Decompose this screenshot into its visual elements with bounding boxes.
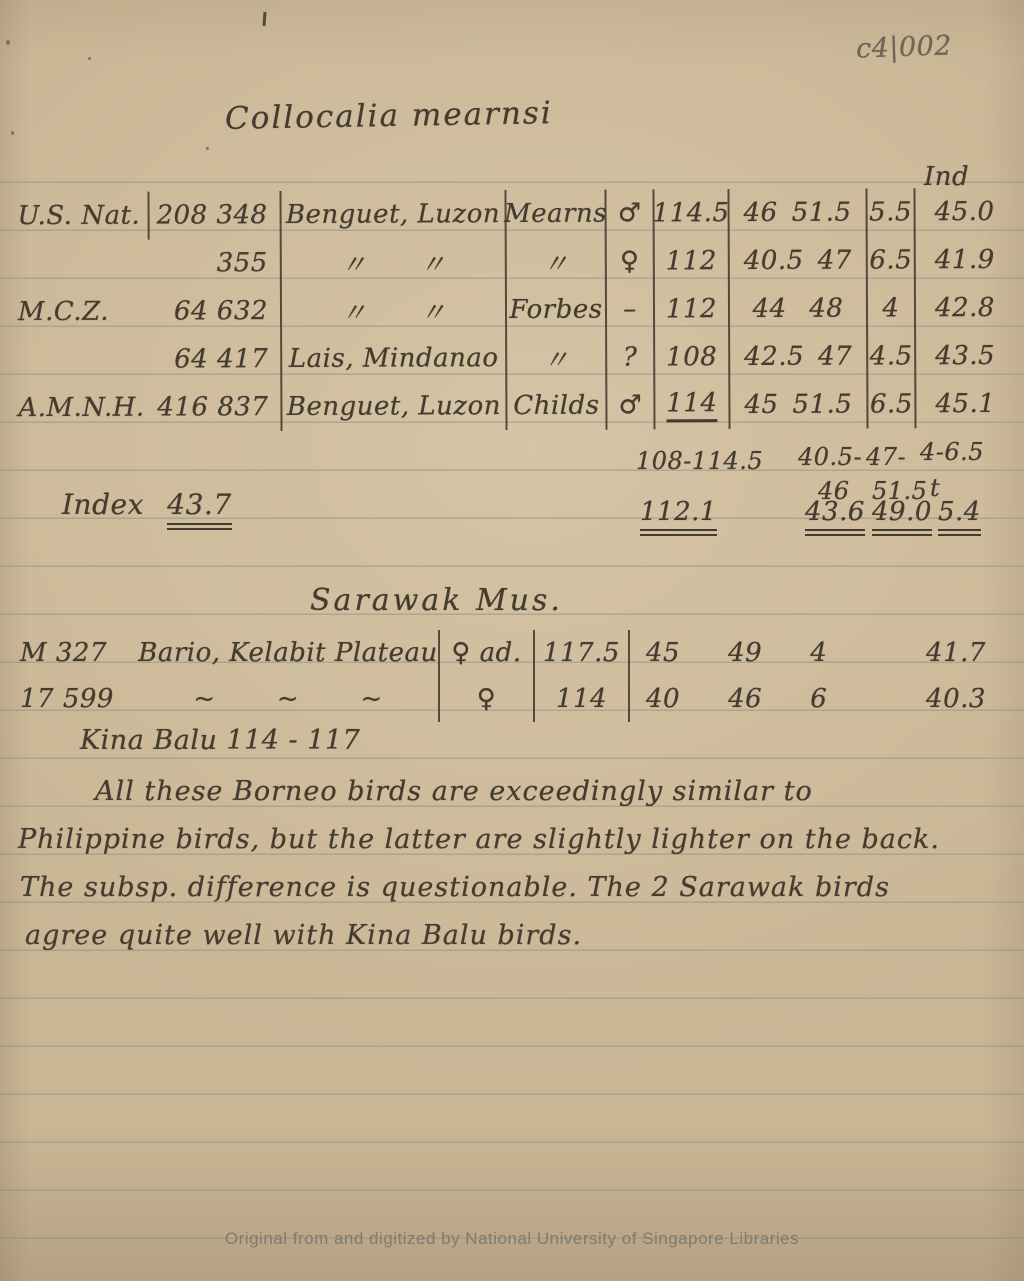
tarsus-value: 47 (818, 342, 852, 372)
speck (206, 147, 209, 150)
note-line: agree quite well with Kina Balu birds. (25, 920, 582, 951)
cell-index: 41.9 (914, 236, 1014, 284)
cell-values: 40466 (628, 676, 898, 722)
sarawak-table: M 327 Bario, Kelabit Plateau ♀ ad. 117.5… (10, 630, 1014, 722)
tarsus-value: 51.5 (792, 198, 852, 228)
cell-bill: 6.5 (866, 380, 914, 428)
measurements-table: U.S. Nat. 208 348 Benguet, Luzon Mearns … (9, 188, 1014, 432)
cell-sex: ♀ (605, 237, 653, 285)
tail-value: 40.5 (744, 246, 804, 276)
tail-value: 42.5 (744, 342, 804, 372)
cell-locality: 〃 〃 (280, 286, 505, 335)
cell-bill: 4 (866, 284, 914, 332)
cell-index: 45.1 (914, 380, 1014, 428)
cell-locality: Benguet, Luzon (279, 190, 504, 239)
speck (11, 131, 14, 135)
cell-sex: – (605, 285, 653, 333)
ink-tick (263, 12, 267, 26)
tail-value: 46 (744, 198, 778, 228)
cell-wing: 112 (653, 285, 728, 333)
cell-collector: 〃 (505, 238, 605, 286)
tarsus-value: 51.5 (792, 390, 852, 420)
tarsus-value: 46 (728, 684, 762, 714)
tail-value: 40 (646, 684, 680, 714)
bill-value: 6 (810, 684, 827, 714)
bill-mean: 5.4 (938, 497, 981, 536)
note-line: Philippine birds, but the latter are sli… (18, 824, 940, 855)
cell-locality: Benguet, Luzon (280, 382, 505, 431)
cell-tail-tarsus: 4448 (728, 284, 866, 333)
cell-museum (10, 240, 148, 289)
note-line: All these Borneo birds are exceedingly s… (95, 776, 813, 807)
cell-number: 416 837 (148, 383, 280, 432)
note-line: The subsp. difference is questionable. T… (20, 872, 890, 903)
speck (88, 57, 91, 60)
index-value: 43.7 (167, 488, 231, 530)
cell-collector: Forbes (505, 286, 605, 334)
speck (6, 40, 10, 45)
tarsus-mean: 49.0 (872, 497, 932, 536)
cell-locality: Lais, Mindanao (280, 334, 505, 383)
cell-wing: 117.5 (533, 630, 628, 676)
cell-tail-tarsus: 4551.5 (728, 380, 866, 429)
wing-range: 108-114.5 (636, 447, 763, 475)
cell-index: 42.8 (914, 284, 1014, 332)
cell-collector: 〃 (505, 334, 605, 382)
cell-bill: 5.5 (865, 188, 913, 236)
cell-values: 45494 (628, 630, 898, 676)
tail-value: 45 (744, 390, 778, 420)
tail-range-a: 40.5- (798, 443, 862, 471)
cell-number: 355 (148, 239, 280, 288)
cell-wing: 114 (653, 381, 728, 429)
cell-museum: A.M.N.H. (10, 384, 148, 433)
index-label: Index (62, 488, 144, 521)
tarsus-value: 49 (728, 638, 762, 668)
tarsus-value: 47 (818, 246, 852, 276)
cell-museum: U.S. Nat. (9, 192, 147, 241)
cell-museum: M.C.Z. (10, 288, 148, 337)
cell-sex: ♀ (438, 676, 533, 722)
cell-wing: 108 (653, 333, 728, 381)
page-code: c4|002 (855, 30, 952, 64)
cell-locality: 〃 〃 (280, 238, 505, 287)
tail-value: 45 (646, 638, 680, 668)
manuscript-page: c4|002 Collocalia mearnsi Ind U.S. Nat. … (0, 0, 1024, 1281)
cell-collector: Childs (505, 382, 605, 430)
page-title: Collocalia mearnsi (225, 95, 553, 137)
cell-index: 40.3 (898, 676, 1014, 722)
cell-number: M 327 (10, 630, 138, 676)
bill-value: 4 (810, 638, 827, 668)
cell-index: 43.5 (914, 332, 1014, 380)
cell-number: 208 348 (147, 191, 279, 240)
cell-wing: 114 (533, 676, 628, 722)
cell-wing: 112 (653, 237, 728, 285)
cell-locality: Bario, Kelabit Plateau (138, 630, 438, 676)
cell-bill: 6.5 (866, 236, 914, 284)
tail-value: 44 (753, 294, 787, 324)
kina-balu-note: Kina Balu 114 - 117 (80, 725, 360, 756)
cell-tail-tarsus: 42.547 (728, 332, 866, 381)
cell-number: 64 632 (148, 287, 280, 336)
wing-mean: 112.1 (640, 497, 717, 536)
wing-value-underlined: 114 (666, 388, 717, 422)
cell-locality: ~ ~ ~ (138, 676, 438, 722)
cell-sex: ? (605, 333, 653, 381)
cell-number: 64 417 (148, 335, 280, 384)
cell-index: 45.0 (913, 188, 1013, 236)
cell-sex: ♂ (605, 381, 653, 429)
cell-index: 41.7 (898, 630, 1014, 676)
sarawak-heading: Sarawak Mus. (310, 583, 563, 618)
cell-tail-tarsus: 40.547 (728, 236, 866, 285)
index-line: Index 43.7 (62, 488, 232, 521)
tarsus-value: 48 (809, 294, 843, 324)
tail-mean: 43.6 (805, 497, 865, 536)
cell-number: 17 599 (10, 676, 138, 722)
cell-museum (10, 336, 148, 385)
bill-range: 4-6.5 (920, 438, 984, 466)
cell-sex: ♀ ad. (438, 630, 533, 676)
tarsus-range-a: 47- (866, 443, 906, 471)
cell-sex: ♂ (604, 189, 652, 237)
cell-tail-tarsus: 4651.5 (727, 188, 865, 237)
cell-collector: Mearns (504, 190, 604, 238)
digitization-watermark: Original from and digitized by National … (0, 1229, 1024, 1249)
cell-wing: 114.5 (652, 189, 727, 237)
cell-bill: 4.5 (866, 332, 914, 380)
